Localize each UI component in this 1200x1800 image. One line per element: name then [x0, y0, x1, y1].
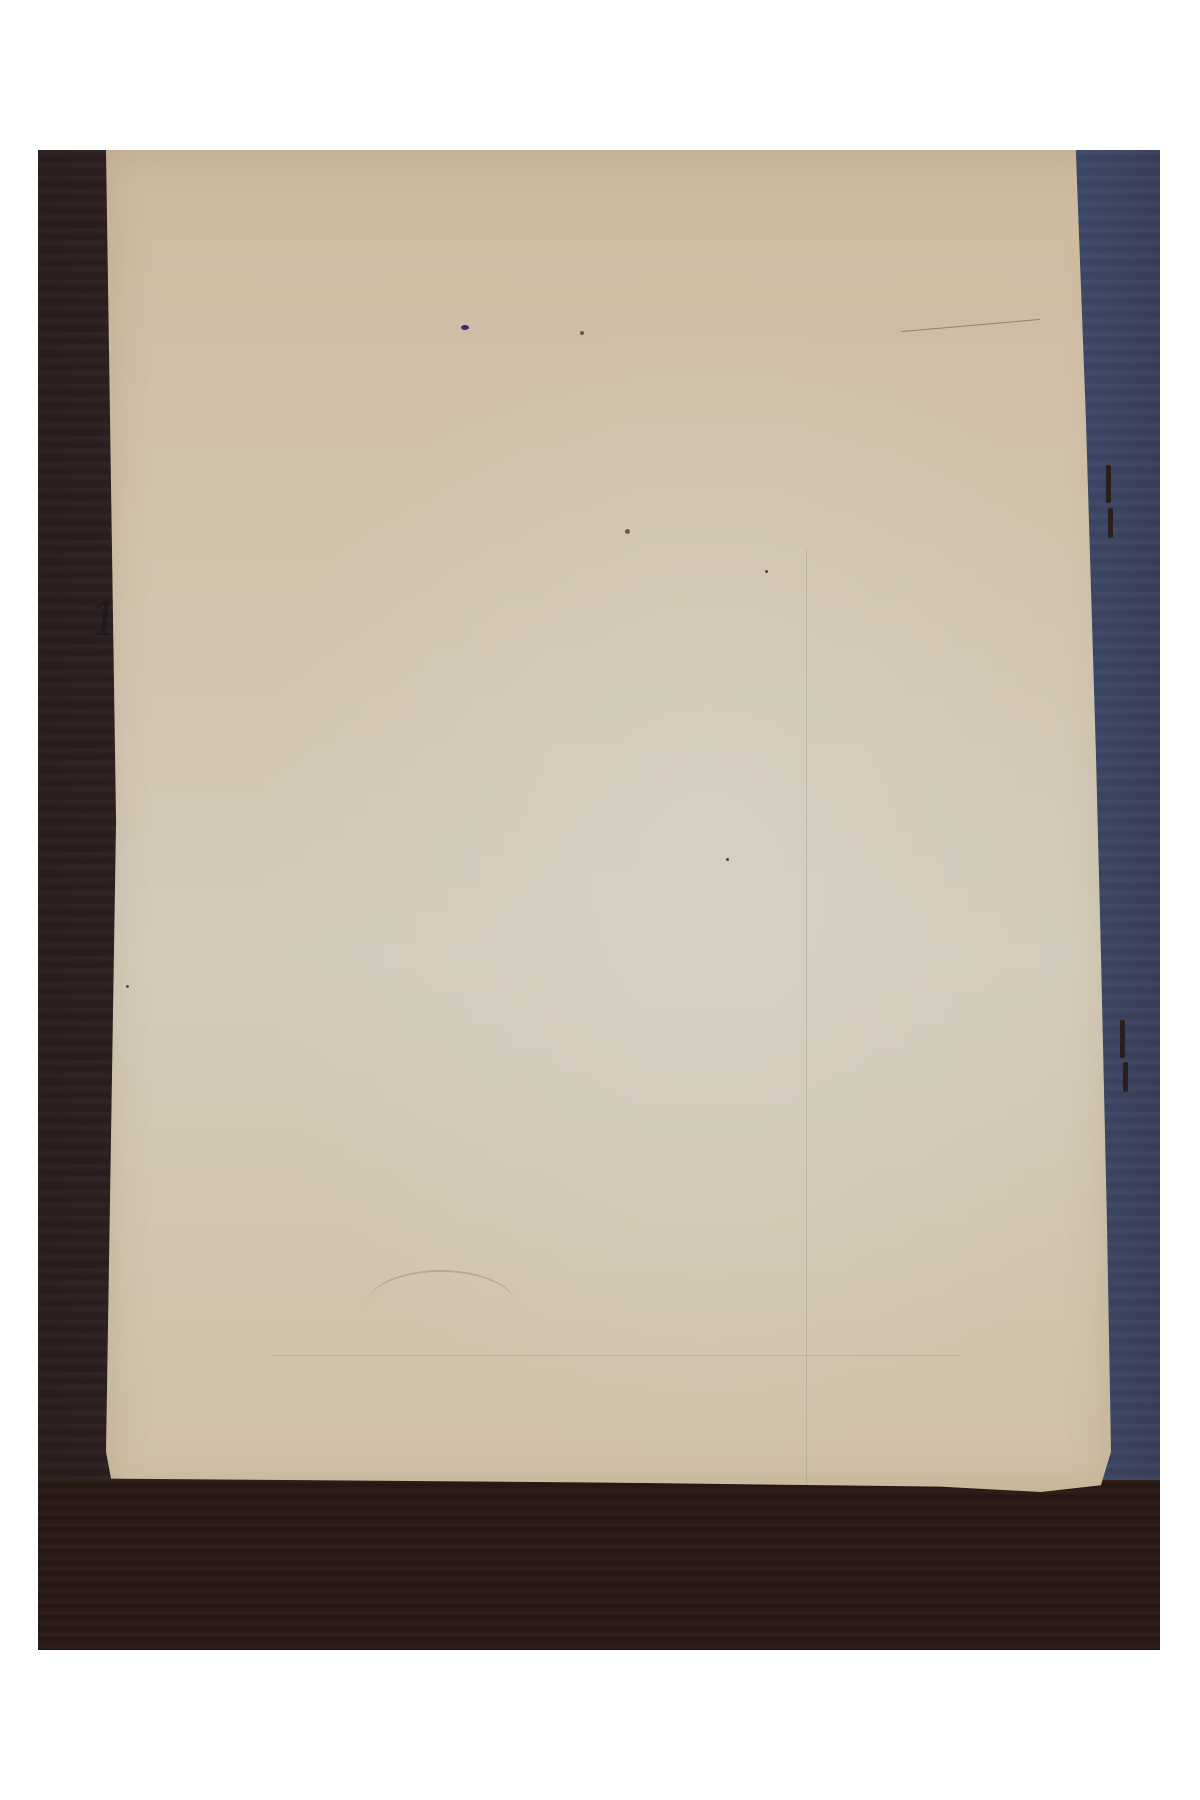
speck: [580, 331, 584, 335]
speck: [726, 858, 729, 861]
ink-speck: [461, 325, 469, 330]
speck: [625, 529, 630, 534]
fold-line-horizontal: [271, 1355, 961, 1356]
faint-stamp: [366, 1270, 516, 1342]
binding-staple: [1120, 1020, 1125, 1058]
binding-staple: [1123, 1062, 1128, 1092]
fold-line-vertical: [806, 550, 807, 1510]
binding-staple: [1108, 508, 1113, 538]
paper-sheet: [106, 150, 1111, 1492]
speck: [126, 985, 129, 988]
binding-staple: [1106, 465, 1111, 503]
paper-crack: [901, 319, 1042, 344]
wooden-surface: [38, 1480, 1160, 1650]
speck: [765, 570, 768, 573]
photograph: 1: [38, 150, 1160, 1650]
